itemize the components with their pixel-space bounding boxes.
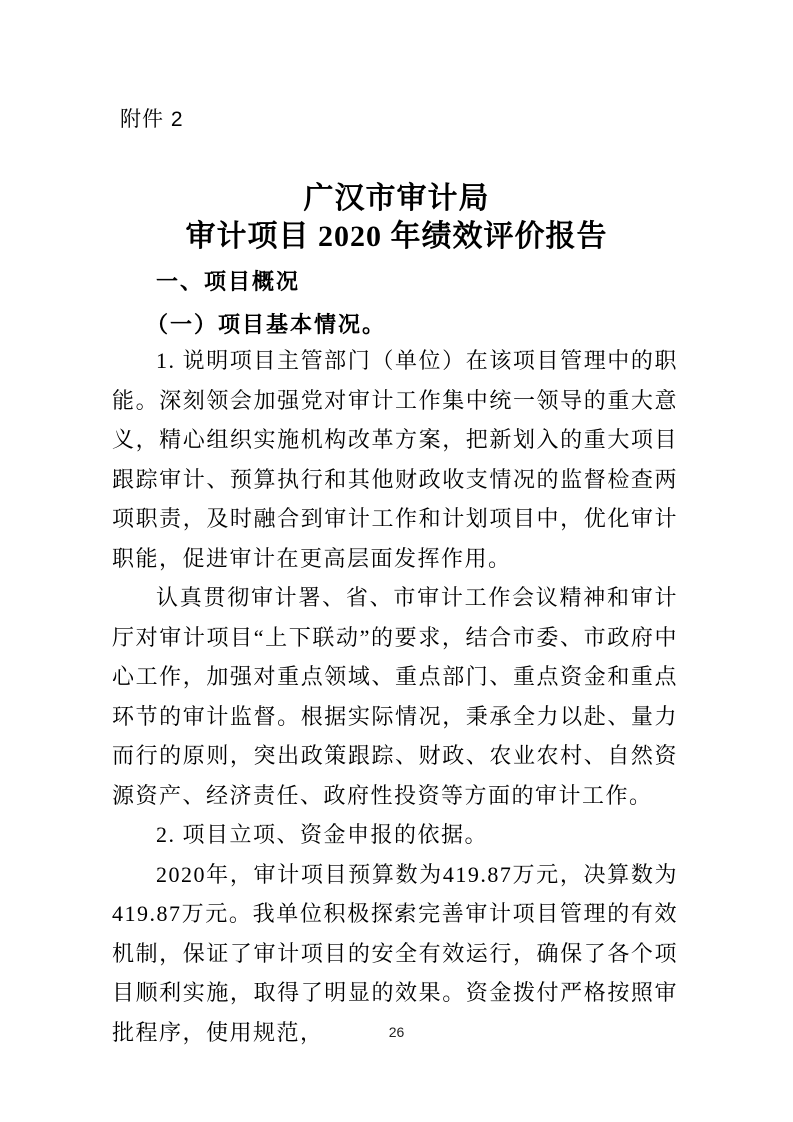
page-number: 26	[0, 1024, 793, 1040]
title-line-1: 广汉市审计局	[0, 180, 793, 218]
document-title: 广汉市审计局 审计项目 2020 年绩效评价报告	[0, 180, 793, 256]
section-heading-project-overview: 一、项目概况	[156, 265, 300, 296]
paragraph-4: 2020年，审计项目预算数为419.87万元，决算数为419.87万元。我单位积…	[112, 855, 678, 1053]
attachment-label: 附件 2	[120, 103, 184, 133]
paragraph-1: 1. 说明项目主管部门（单位）在该项目管理中的职能。深刻领会加强党对审计工作集中…	[112, 341, 678, 578]
paragraph-2: 认真贯彻审计署、省、市审计工作会议精神和审计厅对审计项目“上下联动”的要求，结合…	[112, 578, 678, 815]
document-page: 附件 2 广汉市审计局 审计项目 2020 年绩效评价报告 一、项目概况 （一）…	[0, 0, 793, 1122]
paragraph-3: 2. 项目立项、资金申报的依据。	[112, 815, 678, 855]
body-text: 1. 说明项目主管部门（单位）在该项目管理中的职能。深刻领会加强党对审计工作集中…	[112, 341, 678, 1052]
title-line-2: 审计项目 2020 年绩效评价报告	[0, 218, 793, 256]
subsection-heading-basic-info: （一）项目基本情况。	[146, 308, 386, 339]
